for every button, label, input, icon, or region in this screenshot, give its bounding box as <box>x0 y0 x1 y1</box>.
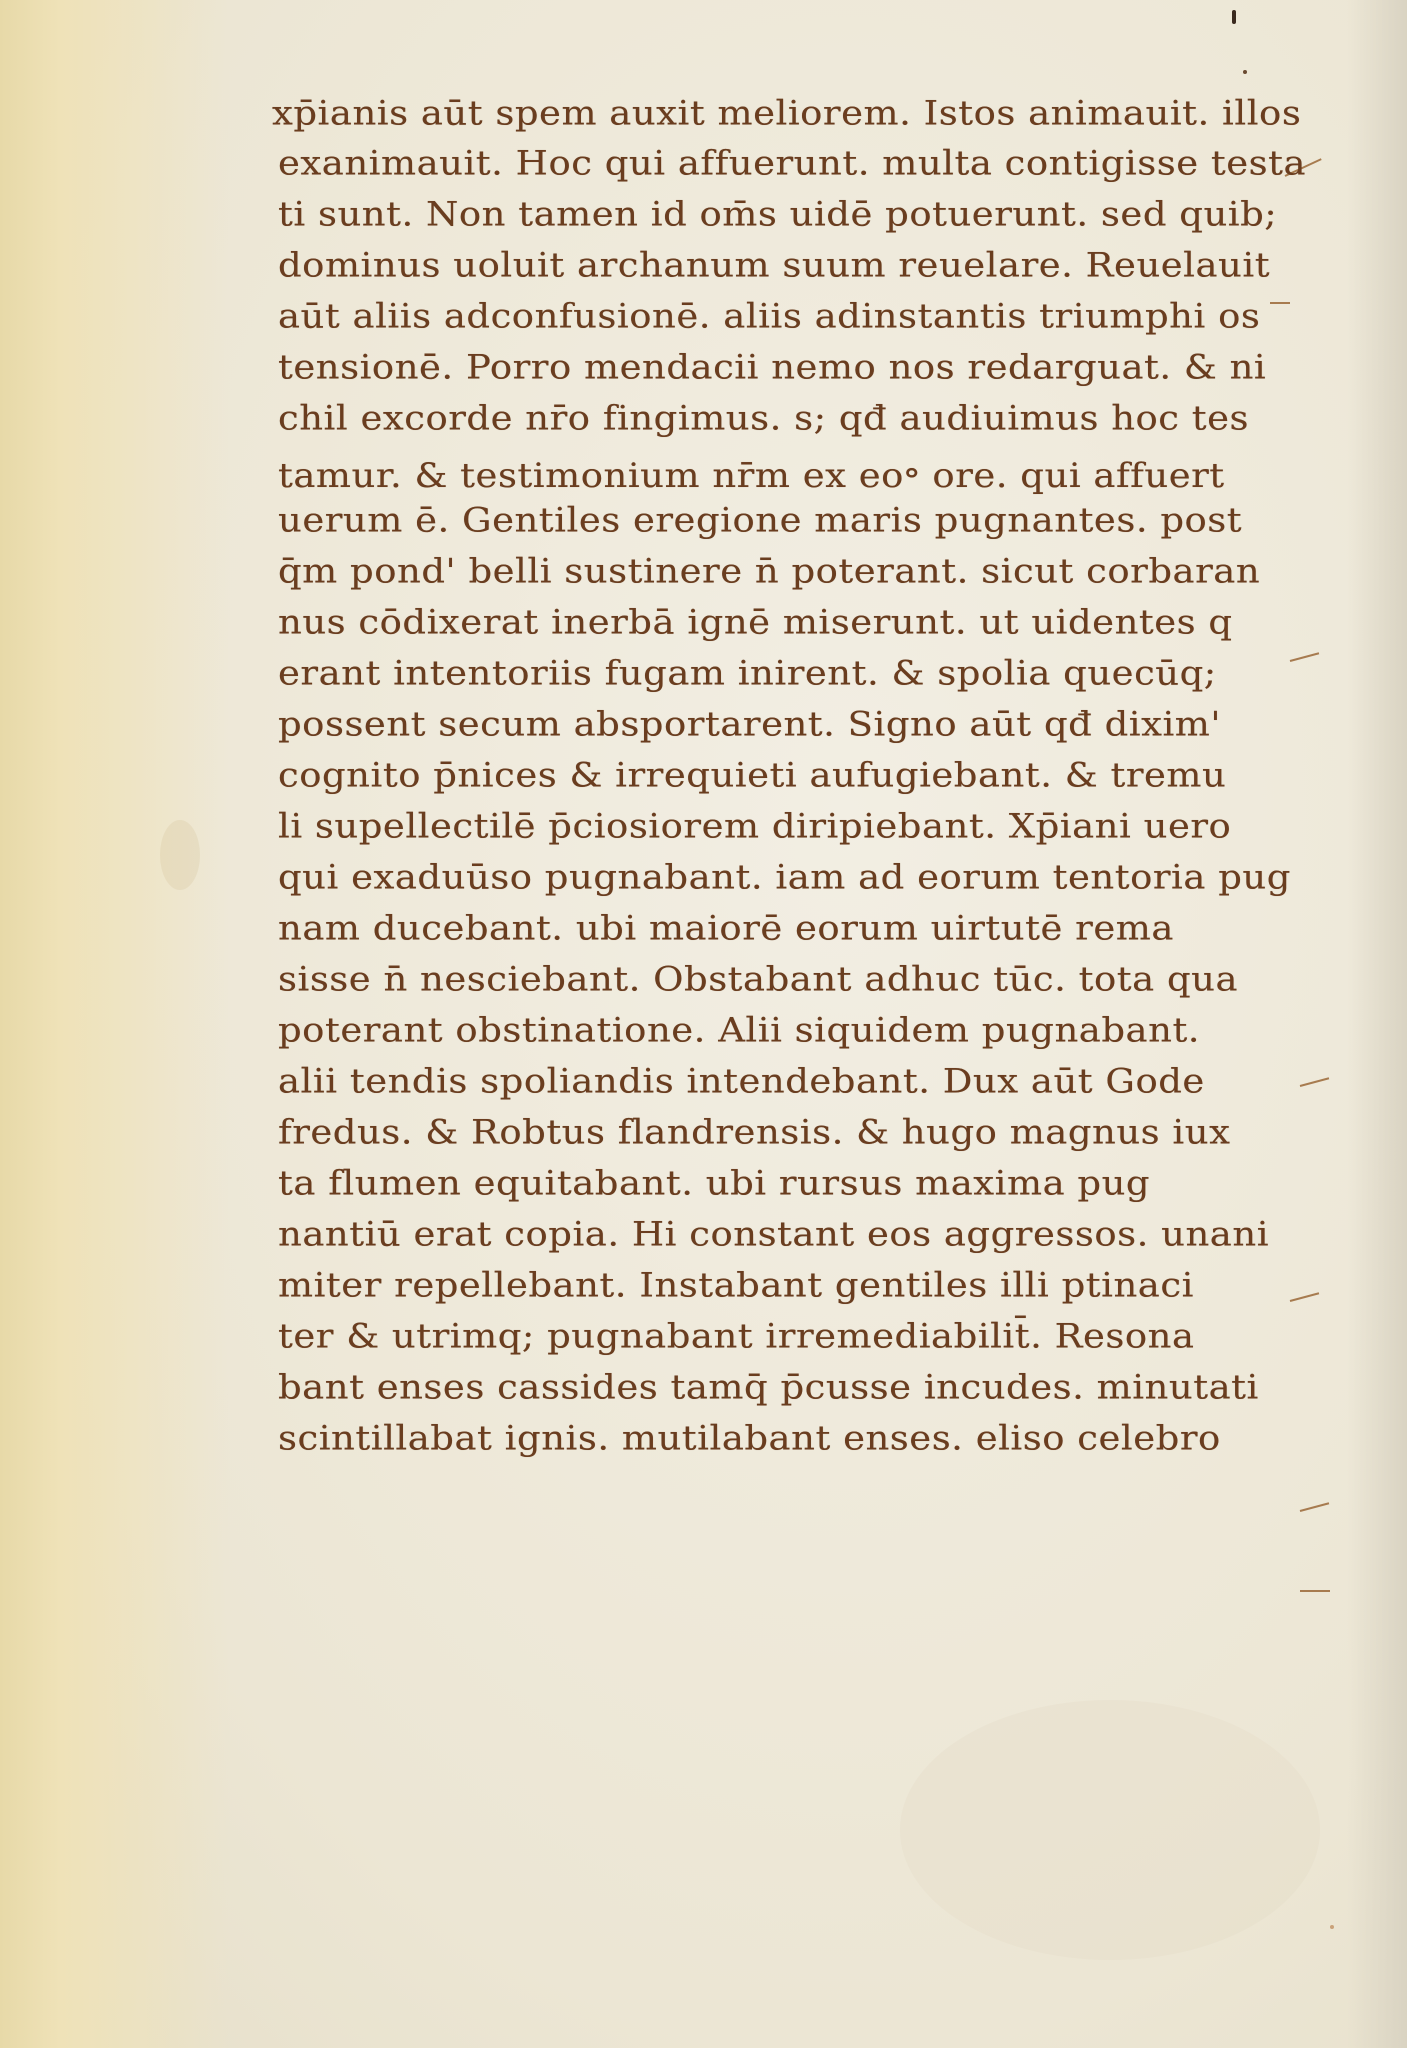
parchment-stain <box>160 820 200 890</box>
text-line: qui exaduūso pugnabant. iam ad eorum ten… <box>278 857 1291 897</box>
text-line: nam ducebant. ubi maiorē eorum uirtutē r… <box>278 908 1174 948</box>
text-line: miter repellebant. Instabant gentiles il… <box>278 1265 1194 1305</box>
ink-dot <box>1330 1925 1334 1929</box>
text-line: ter & utrimq; pugnabant irremediabilit̄.… <box>278 1316 1195 1356</box>
ink-mark <box>1232 10 1236 24</box>
text-line: cognito p̄nices & irrequieti aufugiebant… <box>278 755 1226 795</box>
text-line: poterant obstinatione. Alii siquidem pug… <box>278 1010 1200 1050</box>
text-line: aūt aliis adconfusionē. aliis adinstanti… <box>278 296 1260 336</box>
text-line: ta flumen equitabant. ubi rursus maxima … <box>278 1163 1150 1203</box>
parchment-page: xp̄ianis aūt spem auxit meliorem. Istos … <box>0 0 1407 2048</box>
text-line: sisse n̄ nesciebant. Obstabant adhuc tūc… <box>278 959 1238 999</box>
text-line: erant intentoriis fugam inirent. & spoli… <box>278 653 1217 693</box>
text-line: alii tendis spoliandis intendebant. Dux … <box>278 1061 1205 1101</box>
line-hyphen-mark <box>1270 302 1290 304</box>
text-line: bant enses cassides tamq̄ p̄cusse incude… <box>278 1367 1259 1407</box>
line-hyphen-mark <box>1290 1292 1319 1302</box>
text-line: fredus. & Robtus flandrensis. & hugo mag… <box>278 1112 1230 1152</box>
text-line: q̄m pond' belli sustinere n̄ poterant. s… <box>278 551 1260 591</box>
text-line: nus cōdixerat inerbā ignē miserunt. ut u… <box>278 602 1233 642</box>
text-line: nantiū erat copia. Hi constant eos aggre… <box>278 1214 1269 1254</box>
text-line: li supellectilē p̄ciosiorem diripiebant.… <box>278 806 1231 846</box>
text-line: possent secum absportarent. Signo aūt qđ… <box>278 704 1221 744</box>
parchment-stain <box>900 1700 1320 1960</box>
ink-dot <box>1243 70 1247 74</box>
text-line: tensionē. Porro mendacii nemo nos redarg… <box>278 347 1266 387</box>
text-line: xp̄ianis aūt spem auxit meliorem. Istos … <box>272 93 1301 133</box>
text-line: tamur. & testimonium nr̄m ex eo॰ ore. qu… <box>278 450 1225 497</box>
text-line: uerum ē. Gentiles eregione maris pugnant… <box>278 500 1242 540</box>
line-hyphen-mark <box>1290 652 1319 662</box>
text-line: chil excorde nr̄o fingimus. s; qđ audiui… <box>278 398 1249 438</box>
line-hyphen-mark <box>1300 1590 1330 1592</box>
line-hyphen-mark <box>1300 1502 1329 1512</box>
text-line: dominus uoluit archanum suum reuelare. R… <box>278 245 1270 285</box>
text-line: ti sunt. Non tamen id om̄s uidē potuerun… <box>278 194 1277 234</box>
text-line: scintillabat ignis. mutilabant enses. el… <box>278 1418 1221 1458</box>
line-hyphen-mark <box>1300 1077 1329 1087</box>
text-line: exanimauit. Hoc qui affuerunt. multa con… <box>278 143 1306 183</box>
